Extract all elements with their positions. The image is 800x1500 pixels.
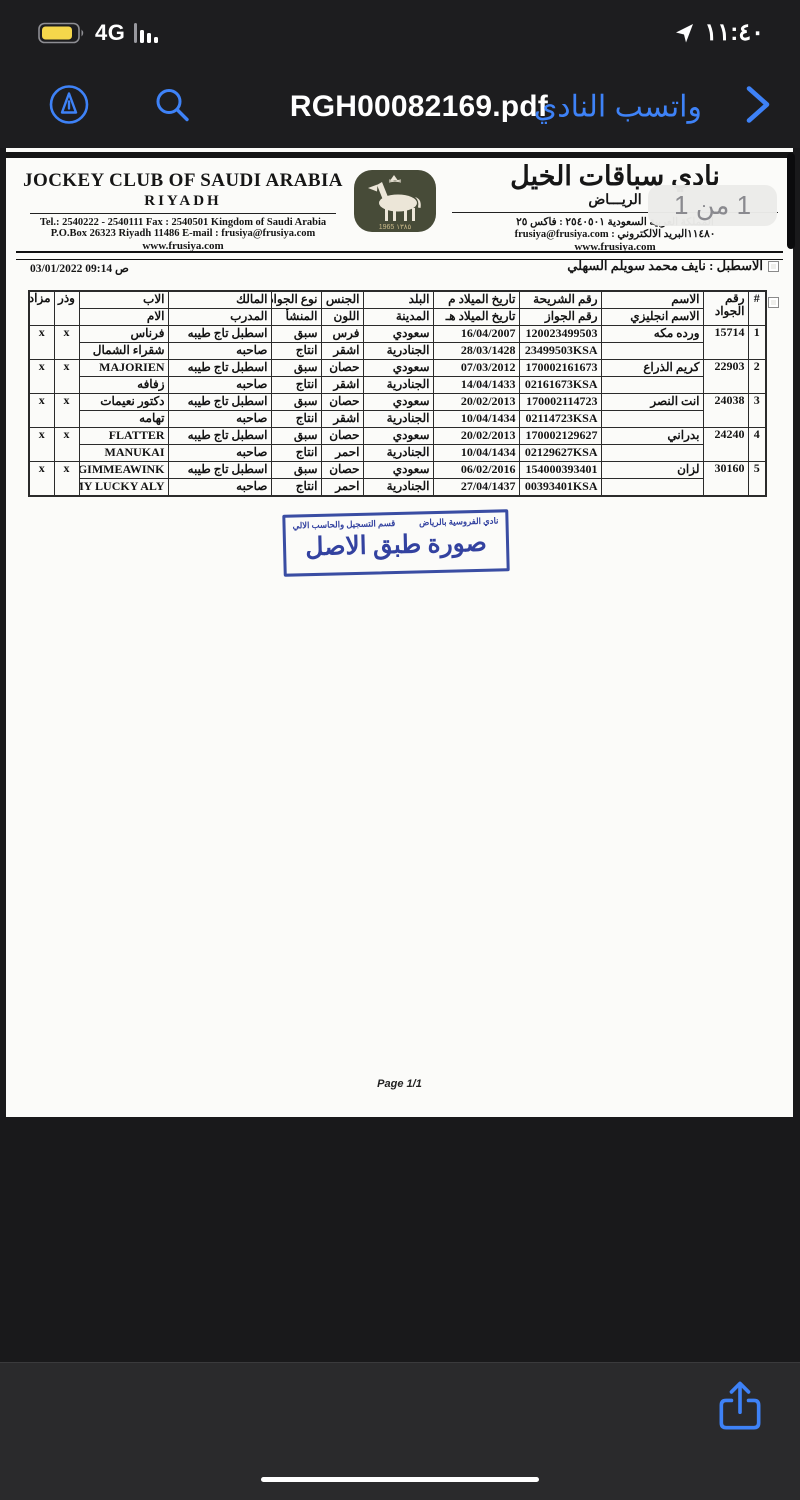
table-row: 1 15714 ورده مكه 120023499503 16/04/2007…	[29, 326, 766, 343]
cell-owner: اسطبل تاج طيبه	[168, 428, 271, 445]
status-bar: 4G ١١:٤٠	[0, 0, 800, 65]
cell-index: 1	[748, 326, 766, 360]
col-sire: الاب	[79, 291, 168, 309]
col-trainer: المدرب	[168, 309, 271, 326]
cell-horse-no: 30160	[703, 462, 748, 497]
cell-sire: دكتور نعيمات	[79, 394, 168, 411]
cell-dam: تهامه	[79, 411, 168, 428]
cell-passport-number: 02161673KSA	[519, 377, 601, 394]
cell-horse-no: 22903	[703, 360, 748, 394]
clock-time: ١١:٤٠	[704, 18, 764, 47]
cell-horse-no: 24240	[703, 428, 748, 462]
cell-sire: FLATTER	[79, 428, 168, 445]
cell-wizr-mark: x	[54, 462, 79, 497]
cell-country: سعودي	[363, 326, 433, 343]
home-indicator[interactable]	[261, 1477, 539, 1482]
scrollbar[interactable]	[787, 153, 795, 249]
search-button[interactable]	[150, 82, 194, 131]
cell-horse-no: 15714	[703, 326, 748, 360]
cell-color: احمر	[321, 445, 363, 462]
cell-gender: حصان	[321, 462, 363, 479]
cell-trainer: صاحبه	[168, 377, 271, 394]
cell-color: اشقر	[321, 343, 363, 360]
table-header: # رقم الجواد الاسم رقم الشريحة تاريخ الم…	[29, 291, 766, 326]
cell-city: الجنادرية	[363, 445, 433, 462]
cell-country: سعودي	[363, 394, 433, 411]
cell-owner: اسطبل تاج طيبه	[168, 394, 271, 411]
cell-origin: انتاج	[271, 343, 321, 360]
cell-auction-mark: x	[29, 462, 54, 497]
col-type: نوع الجواد	[271, 291, 321, 309]
cell-dob-gregorian: 20/02/2013	[433, 428, 519, 445]
stamp-main-text: صورة طبق الاصل	[293, 527, 500, 562]
cell-auction-mark: x	[29, 360, 54, 394]
status-left-cluster: 4G	[38, 20, 158, 46]
cell-color: احمر	[321, 479, 363, 497]
cell-city: الجنادرية	[363, 479, 433, 497]
col-passport: رقم الجواز	[519, 309, 601, 326]
cell-dob-gregorian: 06/02/2016	[433, 462, 519, 479]
cell-sire: GIMMEAWINK	[79, 462, 168, 479]
cell-auction-mark: x	[29, 394, 54, 428]
cell-owner: اسطبل تاج طيبه	[168, 360, 271, 377]
share-icon	[710, 1377, 770, 1441]
cell-gender: حصان	[321, 394, 363, 411]
col-dob: تاريخ الميلاد م	[433, 291, 519, 309]
cell-country: سعودي	[363, 360, 433, 377]
network-type-label: 4G	[95, 20, 125, 46]
cell-wizr-mark: x	[54, 326, 79, 360]
search-icon	[150, 82, 194, 126]
cell-name-arabic: ورده مكه	[601, 326, 703, 343]
cell-auction-mark: x	[29, 326, 54, 360]
table-row-sub: 02129627KSA 10/04/1434 الجنادرية احمر ان…	[29, 445, 766, 462]
battery-icon	[38, 20, 86, 46]
cell-chip-number: 170002129627	[519, 428, 601, 445]
cell-type: سبق	[271, 326, 321, 343]
cell-origin: انتاج	[271, 411, 321, 428]
cell-name-arabic: انت النصر	[601, 394, 703, 411]
cell-name-arabic: كريم الذراع	[601, 360, 703, 377]
col-country: البلد	[363, 291, 433, 309]
page-top-border	[6, 152, 793, 158]
cell-dob-hijri: 27/04/1437	[433, 479, 519, 497]
status-right-cluster: ١١:٤٠	[672, 18, 764, 47]
cell-country: سعودي	[363, 462, 433, 479]
cellular-signal-icon	[134, 23, 158, 43]
cell-wizr-mark: x	[54, 360, 79, 394]
print-timestamp: ص 09:14 03/01/2022	[30, 261, 129, 275]
col-origin: المنشأ	[271, 309, 321, 326]
tel-line: Tel.: 2540222 - 2540111 Fax : 2540501 Ki…	[20, 217, 346, 228]
horse-table-body: 1 15714 ورده مكه 120023499503 16/04/2007…	[29, 326, 766, 497]
back-button-label[interactable]: واتسب النادي	[534, 89, 702, 124]
cell-chip-number: 154000393401	[519, 462, 601, 479]
cell-name-english	[601, 377, 703, 394]
cell-passport-number: 00393401KSA	[519, 479, 601, 497]
cell-sire: فرناس	[79, 326, 168, 343]
cell-name-english	[601, 445, 703, 462]
cell-wizr-mark: x	[54, 394, 79, 428]
cell-trainer: صاحبه	[168, 479, 271, 497]
location-arrow-icon	[672, 21, 696, 45]
cell-sire: MAJORIEN	[79, 360, 168, 377]
cell-passport-number: 23499503KSA	[519, 343, 601, 360]
cell-city: الجنادرية	[363, 411, 433, 428]
cell-name-arabic: بدراني	[601, 428, 703, 445]
cell-color: اشقر	[321, 411, 363, 428]
broken-image-icon	[768, 261, 779, 272]
letterhead-english: JOCKEY CLUB OF SAUDI ARABIA RIYADH Tel.:…	[20, 170, 346, 252]
logo-caption: 1965 ١٣٨٥	[379, 224, 412, 231]
pobox-line: P.O.Box 26323 Riyadh 11486 E-mail : frus…	[20, 228, 346, 239]
cell-dob-gregorian: 20/02/2013	[433, 394, 519, 411]
cell-passport-number: 02114723KSA	[519, 411, 601, 428]
certification-stamp: نادي الفروسية بالرياض قسم التسجيل والحاس…	[282, 509, 509, 577]
col-color: اللون	[321, 309, 363, 326]
col-index: #	[748, 291, 766, 326]
club-name-english: JOCKEY CLUB OF SAUDI ARABIA	[20, 170, 346, 192]
divider	[30, 213, 336, 214]
table-row-sub: 02114723KSA 10/04/1434 الجنادرية اشقر ان…	[29, 411, 766, 428]
cell-name-english	[601, 343, 703, 360]
cell-index: 3	[748, 394, 766, 428]
cell-chip-number: 120023499503	[519, 326, 601, 343]
col-dam: الام	[79, 309, 168, 326]
cell-country: سعودي	[363, 428, 433, 445]
col-horse-no-bottom: الجواد	[707, 305, 745, 318]
col-horse-no: رقم الجواد	[703, 291, 748, 326]
cell-name-arabic: لزان	[601, 462, 703, 479]
table-row: 3 24038 انت النصر 170002114723 20/02/201…	[29, 394, 766, 411]
cell-dob-hijri: 10/04/1434	[433, 411, 519, 428]
share-button[interactable]	[710, 1377, 770, 1446]
pdf-viewport[interactable]: JOCKEY CLUB OF SAUDI ARABIA RIYADH Tel.:…	[0, 148, 800, 1362]
col-name: الاسم	[601, 291, 703, 309]
email-line-arabic: ١١٤٨٠البريد الالكتروني : frusiya@frusiya…	[442, 228, 788, 240]
col-name-en: الاسم انجليزي	[601, 309, 703, 326]
city-english: RIYADH	[20, 193, 346, 210]
cell-index: 4	[748, 428, 766, 462]
cell-dob-gregorian: 16/04/2007	[433, 326, 519, 343]
markup-button[interactable]	[46, 81, 92, 132]
cell-chip-number: 170002114723	[519, 394, 601, 411]
cell-horse-no: 24038	[703, 394, 748, 428]
stable-owner-line: الاسطبل : نايف محمد سويلم السهلي	[567, 258, 779, 274]
cell-city: الجنادرية	[363, 377, 433, 394]
col-chip: رقم الشريحة	[519, 291, 601, 309]
cell-index: 5	[748, 462, 766, 497]
stamp-org: نادي الفروسية بالرياض	[419, 515, 499, 528]
cell-gender: حصان	[321, 428, 363, 445]
cell-origin: انتاج	[271, 445, 321, 462]
cell-color: اشقر	[321, 377, 363, 394]
cell-trainer: صاحبه	[168, 445, 271, 462]
page-indicator-pill: 1 من 1	[648, 185, 777, 226]
cell-dob-hijri: 10/04/1434	[433, 445, 519, 462]
col-gender: الجنس	[321, 291, 363, 309]
page-number-footer: Page 1/1	[6, 1078, 793, 1090]
cell-owner: اسطبل تاج طيبه	[168, 462, 271, 479]
club-logo: 1965 ١٣٨٥	[352, 168, 438, 241]
cell-auction-mark: x	[29, 428, 54, 462]
cell-city: الجنادرية	[363, 343, 433, 360]
cell-dam: زفافه	[79, 377, 168, 394]
table-row: 4 24240 بدراني 170002129627 20/02/2013 س…	[29, 428, 766, 445]
cell-dob-hijri: 28/03/1428	[433, 343, 519, 360]
cell-dob-hijri: 14/04/1433	[433, 377, 519, 394]
cell-gender: حصان	[321, 360, 363, 377]
cell-type: سبق	[271, 428, 321, 445]
cell-name-english	[601, 411, 703, 428]
cell-trainer: صاحبه	[168, 411, 271, 428]
cell-dam: شقراء الشمال	[79, 343, 168, 360]
back-chevron-icon[interactable]	[740, 81, 776, 132]
cell-passport-number: 02129627KSA	[519, 445, 601, 462]
document-title: RGH00082169.pdf	[290, 90, 548, 124]
nav-bar: RGH00082169.pdf واتسب النادي	[0, 65, 800, 148]
table-row-sub: 23499503KSA 28/03/1428 الجنادرية اشقر ان…	[29, 343, 766, 360]
col-wizr: وذر	[54, 291, 79, 326]
cell-type: سبق	[271, 360, 321, 377]
col-auction: مزاد	[29, 291, 54, 326]
cell-dob-gregorian: 07/03/2012	[433, 360, 519, 377]
cell-dam: MANUKAI	[79, 445, 168, 462]
cell-type: سبق	[271, 394, 321, 411]
broken-image-icon	[768, 297, 779, 308]
cell-owner: اسطبل تاج طيبه	[168, 326, 271, 343]
col-dob-hijri: تاريخ الميلاد هـ	[433, 309, 519, 326]
cell-type: سبق	[271, 462, 321, 479]
pen-nib-icon	[62, 93, 76, 112]
table-row-sub: 00393401KSA 27/04/1437 الجنادرية احمر ان…	[29, 479, 766, 497]
cell-dam: MY LUCKY ALY	[79, 479, 168, 497]
cell-name-english	[601, 479, 703, 497]
cell-chip-number: 170002161673	[519, 360, 601, 377]
cell-trainer: صاحبه	[168, 343, 271, 360]
cell-index: 2	[748, 360, 766, 394]
cell-origin: انتاج	[271, 377, 321, 394]
table-row: 2 22903 كريم الذراع 170002161673 07/03/2…	[29, 360, 766, 377]
col-city: المدينة	[363, 309, 433, 326]
table-row-sub: 02161673KSA 14/04/1433 الجنادرية اشقر ان…	[29, 377, 766, 394]
cell-gender: فرس	[321, 326, 363, 343]
col-owner: المالك	[168, 291, 271, 309]
table-row: 5 30160 لزان 154000393401 06/02/2016 سعو…	[29, 462, 766, 479]
cell-origin: انتاج	[271, 479, 321, 497]
pdf-page[interactable]: JOCKEY CLUB OF SAUDI ARABIA RIYADH Tel.:…	[6, 148, 793, 1117]
horse-registry-table: # رقم الجواد الاسم رقم الشريحة تاريخ الم…	[28, 290, 767, 497]
cell-wizr-mark: x	[54, 428, 79, 462]
stable-owner-text: الاسطبل : نايف محمد سويلم السهلي	[567, 258, 763, 274]
